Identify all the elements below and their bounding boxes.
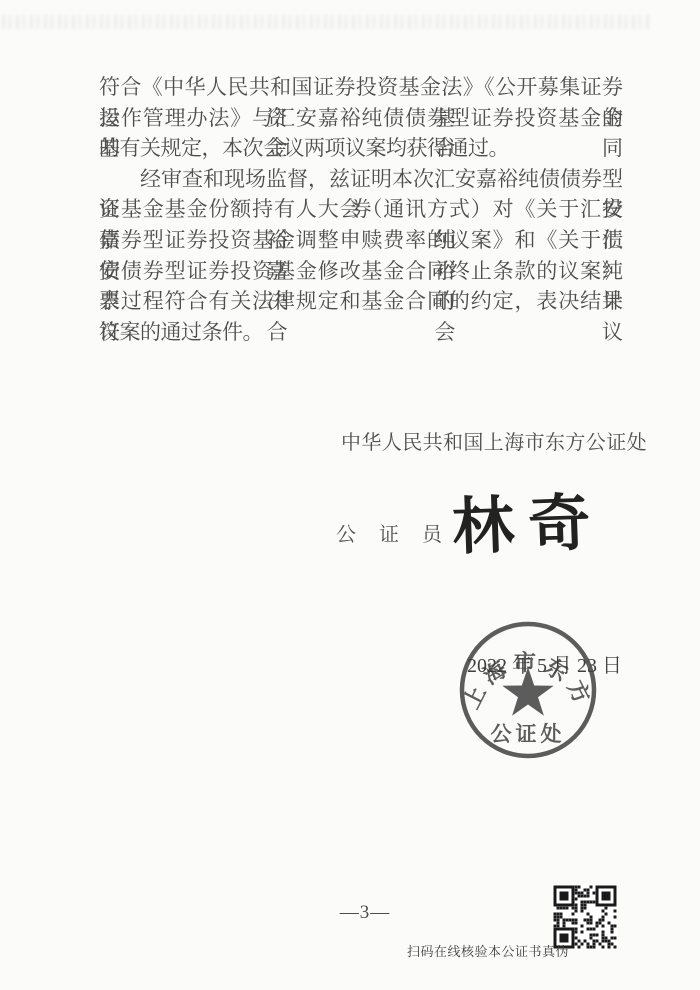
body-line: 票过程符合有关法律规定和基金合同的约定，表决结果符合会议	[99, 286, 623, 317]
body-line: 经审查和现场监督，兹证明本次汇安嘉裕纯债债券型证券投	[99, 164, 623, 195]
page-number: —3—	[330, 902, 400, 924]
notary-role-label: 公 证 员	[336, 518, 451, 547]
qr-caption: 扫码在线核验本公证书真伪	[407, 941, 569, 960]
notary-signature: 林奇	[451, 471, 654, 567]
body-line: 债券型证券投资基金调整申赎费率的议案》和《关于汇安嘉裕纯	[99, 225, 623, 256]
certificate-body: 符合《中华人民共和国证券投资基金法》《公开募集证券投资基金 运作管理办法》与汇安…	[99, 72, 623, 347]
notary-office-seal: 上海市东方 公证处	[455, 617, 602, 764]
body-line: 资基金基金份额持有人大会（通讯方式）对《关于汇安嘉裕纯债	[99, 194, 623, 225]
bleed-through-ghost-text	[2, 15, 650, 29]
notarial-certificate-page: 符合《中华人民共和国证券投资基金法》《公开募集证券投资基金 运作管理办法》与汇安…	[0, 0, 700, 990]
notary-office-name: 中华人民共和国上海市东方公证处	[341, 426, 647, 455]
body-line: 债债券型证券投资基金修改基金合同终止条款的议案》表决的计	[99, 256, 623, 287]
body-line: 符合《中华人民共和国证券投资基金法》《公开募集证券投资基金	[99, 72, 623, 103]
body-line: 运作管理办法》与汇安嘉裕纯债债券型证券投资基金的基金合同	[99, 103, 623, 134]
seal-bottom-text: 公证处	[491, 722, 566, 746]
